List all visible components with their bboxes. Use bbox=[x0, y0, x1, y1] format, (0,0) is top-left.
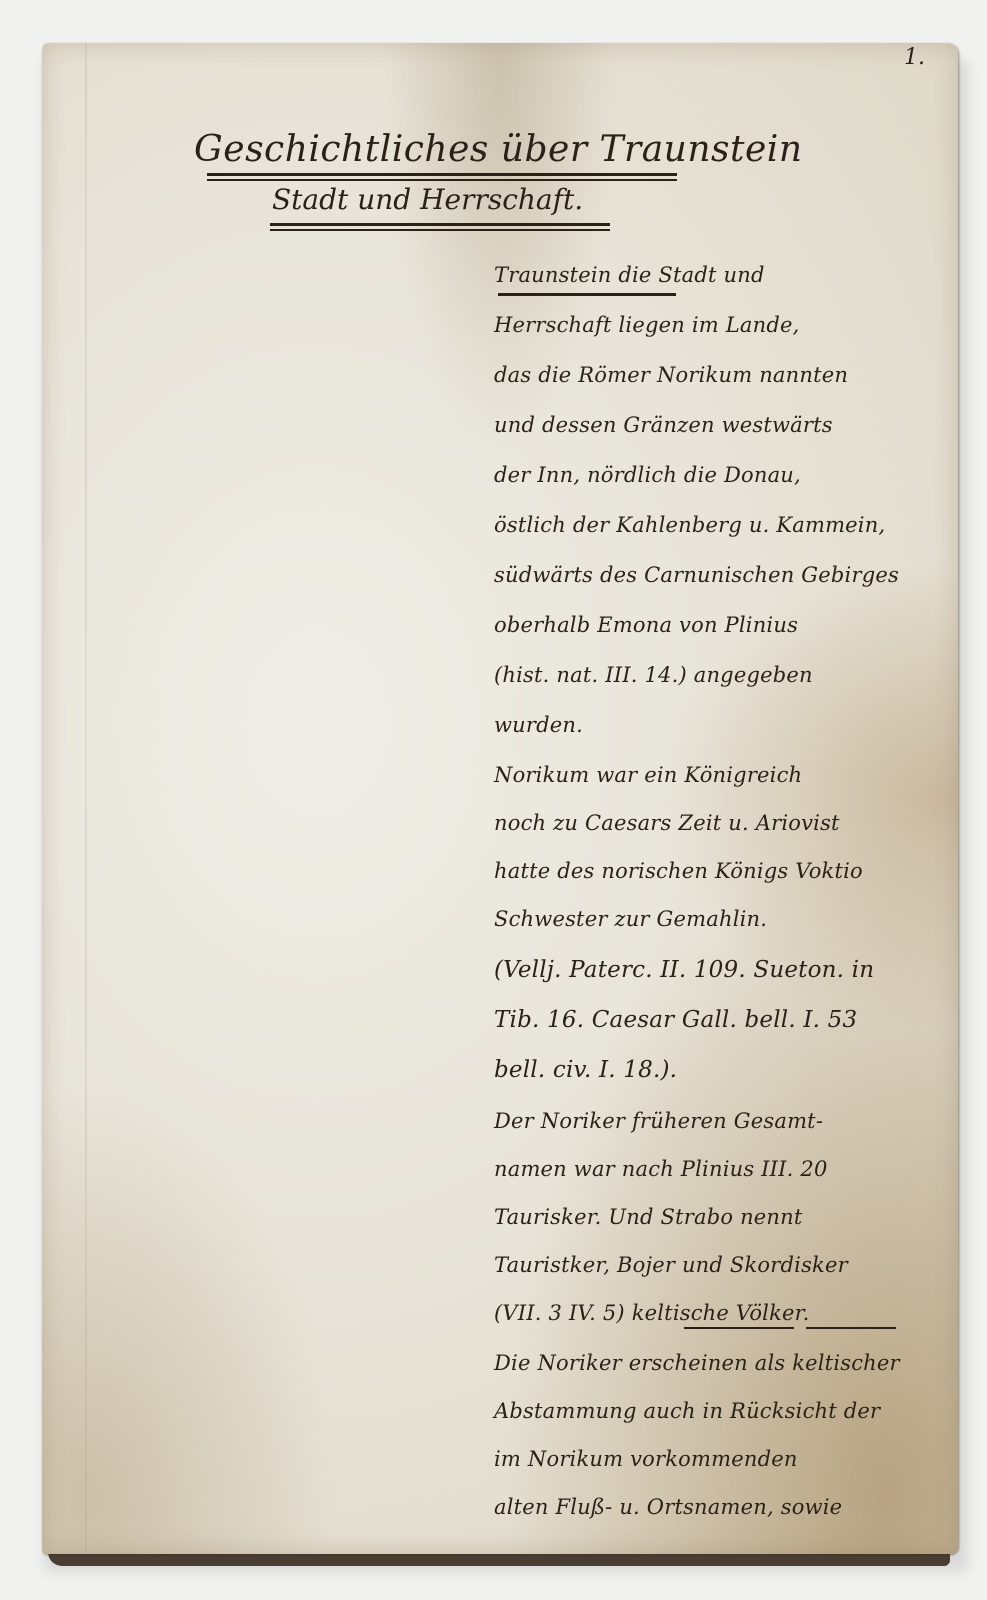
citation-line: (Vellj. Paterc. II. 109. Sueton. in bbox=[494, 957, 874, 983]
body-line: noch zu Caesars Zeit u. Ariovist bbox=[494, 811, 840, 835]
body-line: Tauristker, Bojer und Skordisker bbox=[494, 1253, 848, 1277]
page-number: 1. bbox=[904, 45, 925, 70]
body-line: hatte des norischen Königs Voktio bbox=[494, 859, 863, 883]
body-line: Die Noriker erscheinen als keltischer bbox=[494, 1351, 900, 1375]
citation-line: bell. civ. I. 18.). bbox=[494, 1057, 677, 1083]
citation-line: Tib. 16. Caesar Gall. bell. I. 53 bbox=[494, 1007, 857, 1033]
body-line: Norikum war ein Königreich bbox=[494, 763, 802, 787]
section-underline bbox=[498, 293, 676, 296]
body-line: und dessen Gränzen westwärts bbox=[494, 413, 833, 437]
body-line: Herrschaft liegen im Lande, bbox=[494, 313, 799, 337]
body-line: (VII. 3 IV. 5) keltische Völker. bbox=[494, 1301, 809, 1325]
body-line: östlich der Kahlenberg u. Kammein, bbox=[494, 513, 885, 537]
body-line: namen war nach Plinius III. 20 bbox=[494, 1157, 828, 1181]
manuscript-page: 1. Geschichtliches über Traunstein Stadt… bbox=[42, 43, 958, 1554]
title-line-1: Geschichtliches über Traunstein bbox=[194, 129, 803, 170]
body-line: der Inn, nördlich die Donau, bbox=[494, 463, 801, 487]
title-line-2: Stadt und Herrschaft. bbox=[272, 183, 583, 216]
body-line: im Norikum vorkommenden bbox=[494, 1447, 798, 1471]
body-line: Traunstein die Stadt und bbox=[494, 263, 765, 287]
body-line: das die Römer Norikum nannten bbox=[494, 363, 848, 387]
body-line: alten Fluß- u. Ortsnamen, sowie bbox=[494, 1495, 842, 1519]
body-line: wurden. bbox=[494, 713, 583, 737]
body-line: südwärts des Carnunischen Gebirges bbox=[494, 563, 899, 587]
keyword-underline-keltische bbox=[684, 1327, 794, 1329]
body-line: (hist. nat. III. 14.) angegeben bbox=[494, 663, 813, 687]
keyword-underline-voelker bbox=[806, 1327, 896, 1329]
body-line: oberhalb Emona von Plinius bbox=[494, 613, 798, 637]
body-line: Schwester zur Gemahlin. bbox=[494, 907, 767, 931]
title-underline-2 bbox=[270, 223, 610, 231]
fold-line bbox=[85, 43, 87, 1554]
body-line: Taurisker. Und Strabo nennt bbox=[494, 1205, 803, 1229]
title-underline-1 bbox=[207, 173, 677, 181]
body-line: Abstammung auch in Rücksicht der bbox=[494, 1399, 880, 1423]
body-line: Der Noriker früheren Gesamt- bbox=[494, 1109, 823, 1133]
